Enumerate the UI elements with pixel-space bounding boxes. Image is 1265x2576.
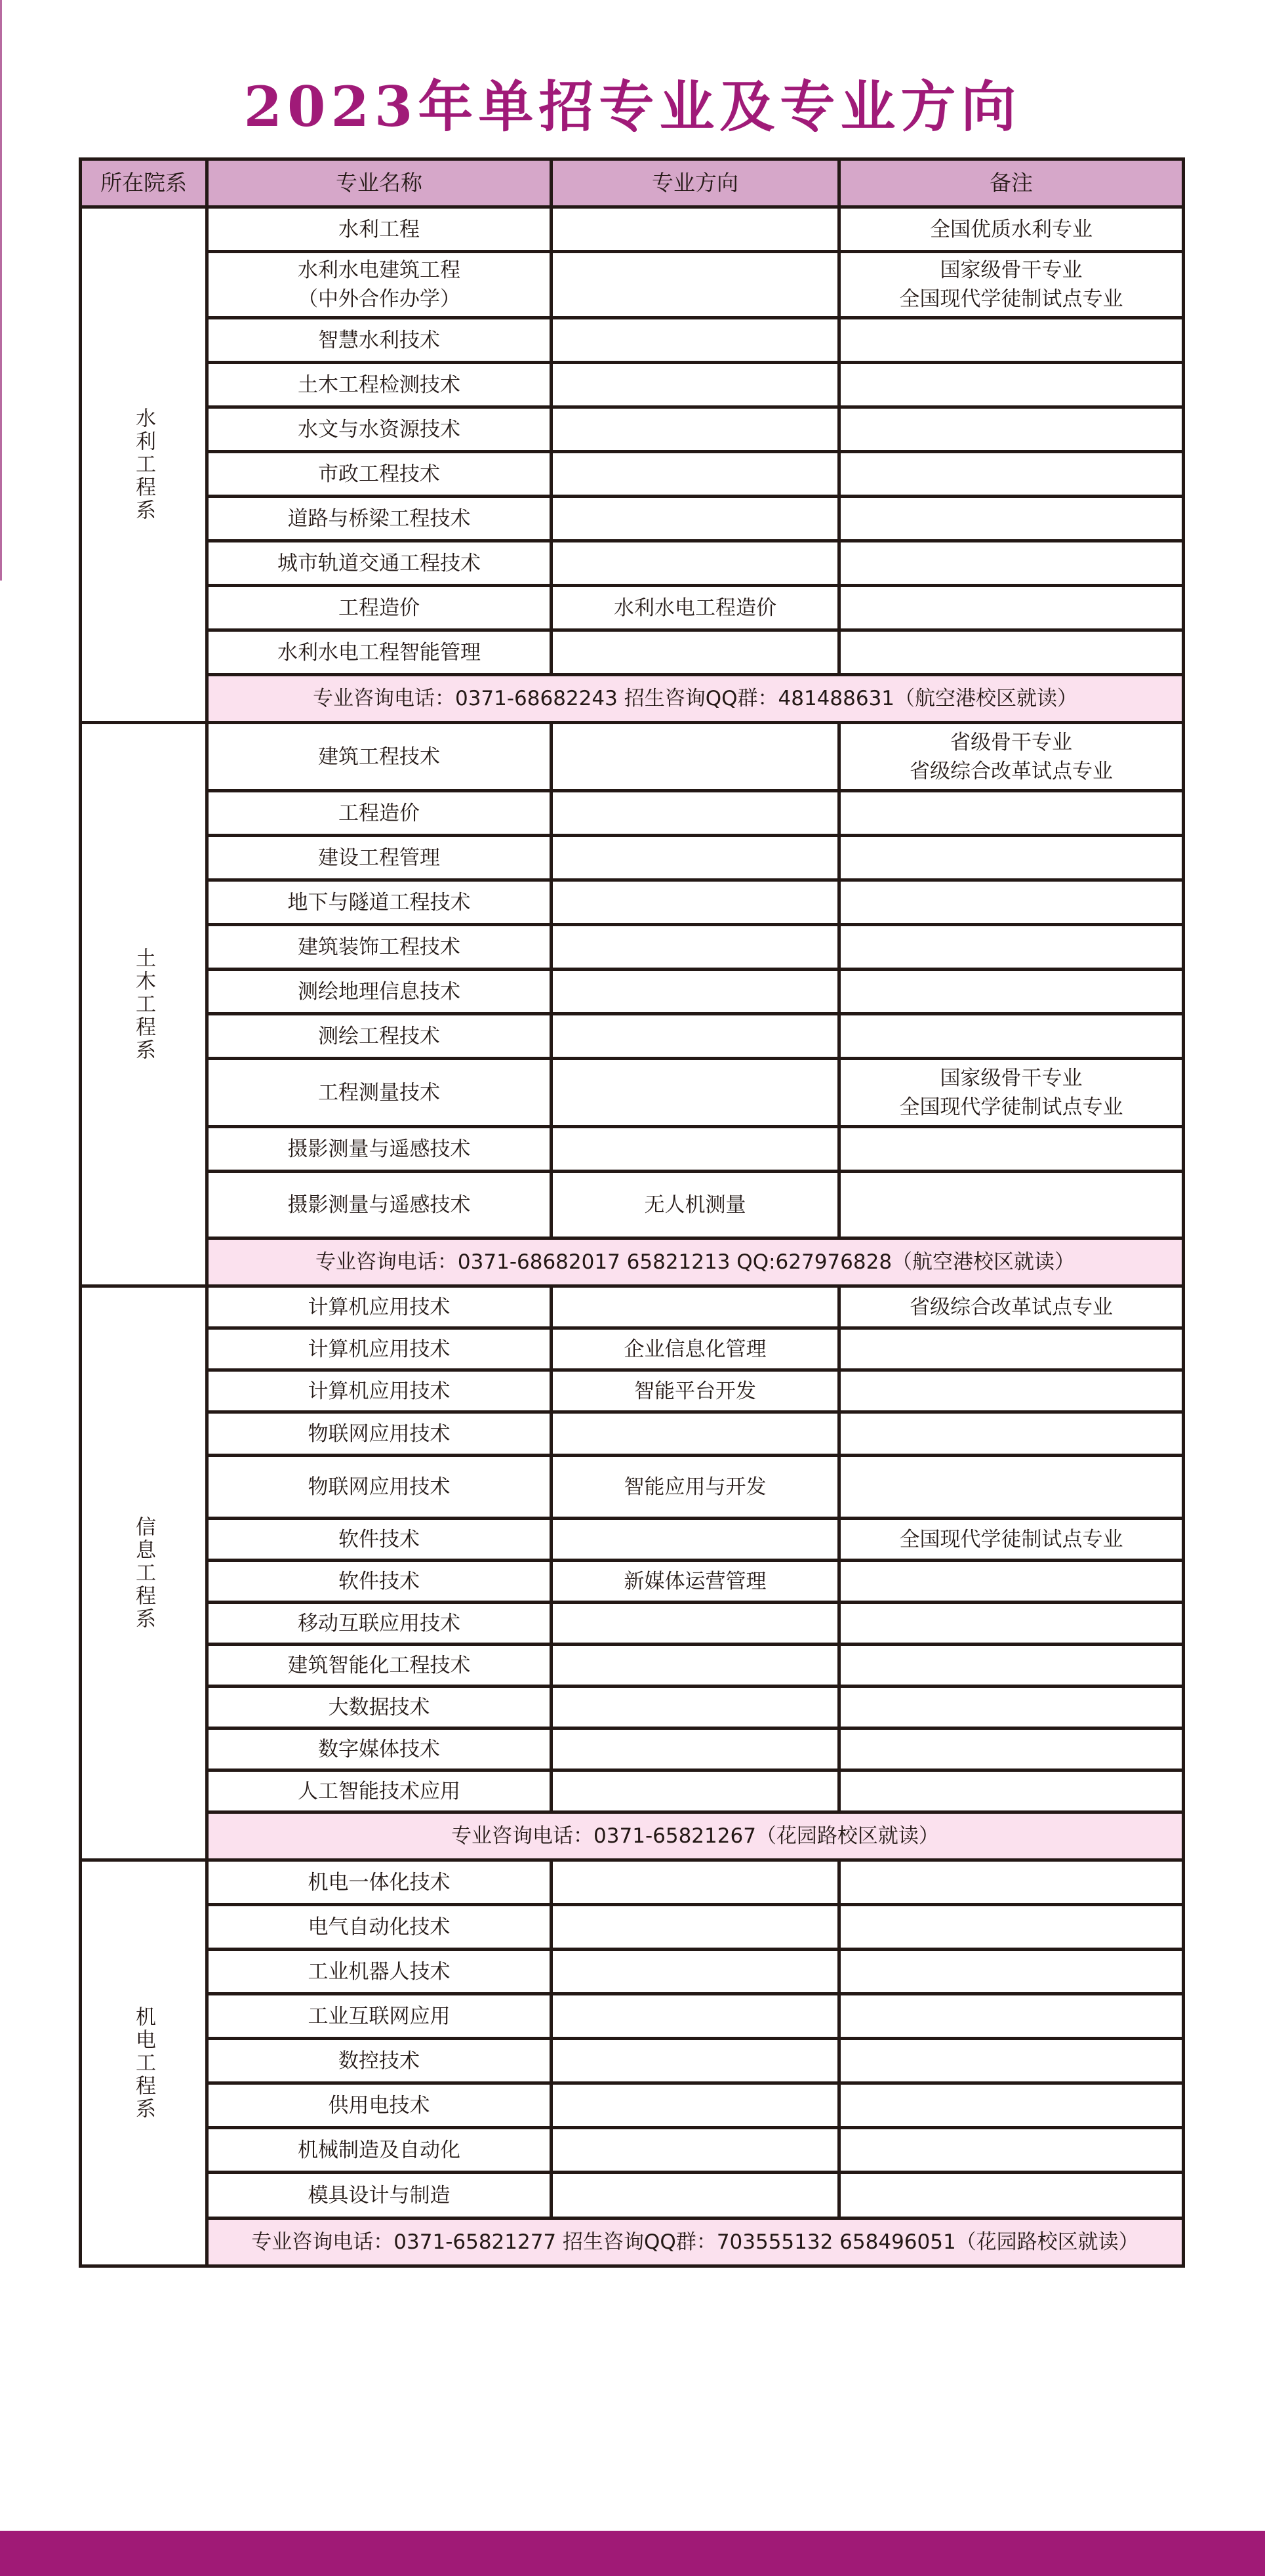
remark-line: 全国优质水利专业 (843, 215, 1179, 244)
remark-line: 省级骨干专业 (843, 728, 1179, 757)
remarks-cell (839, 630, 1184, 675)
remarks-cell (839, 318, 1184, 363)
major-direction-cell (552, 2039, 839, 2083)
major-name-cell: 水利水电工程智能管理 (207, 630, 552, 675)
table-row: 移动互联应用技术 (81, 1603, 1184, 1645)
major-direction-cell (552, 407, 839, 452)
remarks-cell (839, 2039, 1184, 2083)
remark-line: 国家级骨干专业 (843, 1064, 1179, 1093)
major-direction-cell (552, 880, 839, 925)
department-cell: 机电工程系 (81, 1860, 207, 2266)
contact-info: 专业咨询电话：0371-68682243 招生咨询QQ群：481488631（航… (207, 675, 1184, 723)
remarks-cell: 全国现代学徒制试点专业 (839, 1519, 1184, 1561)
table-row: 工程测量技术国家级骨干专业全国现代学徒制试点专业 (81, 1059, 1184, 1127)
table-row: 建设工程管理 (81, 836, 1184, 880)
major-direction-cell (552, 1687, 839, 1728)
table-row: 大数据技术 (81, 1687, 1184, 1728)
table-row: 建筑装饰工程技术 (81, 925, 1184, 970)
remarks-cell (839, 363, 1184, 407)
remark-line: 国家级骨干专业 (843, 256, 1179, 285)
major-direction-cell (552, 925, 839, 970)
remarks-cell (839, 1172, 1184, 1238)
table-row: 工业互联网应用 (81, 1994, 1184, 2039)
major-direction-cell (552, 1994, 839, 2039)
remark-line: 省级综合改革试点专业 (843, 757, 1179, 786)
contact-info: 专业咨询电话：0371-68682017 65821213 QQ:6279768… (207, 1238, 1184, 1286)
department-cell: 信息工程系 (81, 1286, 207, 1860)
table-row: 工业机器人技术 (81, 1950, 1184, 1994)
major-direction-cell (552, 2128, 839, 2173)
contact-row: 专业咨询电话：0371-68682243 招生咨询QQ群：481488631（航… (81, 675, 1184, 723)
major-name-cell: 智慧水利技术 (207, 318, 552, 363)
table-row: 水利水电工程智能管理 (81, 630, 1184, 675)
major-direction-cell (552, 1770, 839, 1812)
majors-table: 所在院系 专业名称 专业方向 备注 水利工程系水利工程全国优质水利专业水利水电建… (79, 157, 1185, 2268)
major-name-cell: 计算机应用技术 (207, 1328, 552, 1370)
major-name-cell: 道路与桥梁工程技术 (207, 497, 552, 541)
major-name-cell: 摄影测量与遥感技术 (207, 1127, 552, 1172)
table-row: 物联网应用技术 (81, 1412, 1184, 1456)
remarks-cell (839, 1994, 1184, 2039)
remark-line: 全国现代学徒制试点专业 (843, 285, 1179, 314)
department-cell: 土木工程系 (81, 723, 207, 1286)
major-name-cell: 水利工程 (207, 207, 552, 252)
table-row: 机电工程系机电一体化技术 (81, 1860, 1184, 1905)
header-major-direction: 专业方向 (552, 159, 839, 207)
major-name-cell: 测绘地理信息技术 (207, 970, 552, 1014)
major-direction-cell (552, 1014, 839, 1059)
table-row: 水利水电建筑工程 （中外合作办学）国家级骨干专业全国现代学徒制试点专业 (81, 252, 1184, 318)
header-remarks: 备注 (839, 159, 1184, 207)
major-name-cell: 物联网应用技术 (207, 1412, 552, 1456)
table-row: 智慧水利技术 (81, 318, 1184, 363)
contact-row: 专业咨询电话：0371-65821277 招生咨询QQ群：703555132 6… (81, 2218, 1184, 2266)
table-row: 摄影测量与遥感技术 (81, 1127, 1184, 1172)
remarks-cell (839, 586, 1184, 630)
remarks-cell (839, 541, 1184, 586)
remarks-cell (839, 1905, 1184, 1950)
table-row: 城市轨道交通工程技术 (81, 541, 1184, 586)
table-row: 摄影测量与遥感技术无人机测量 (81, 1172, 1184, 1238)
major-name-cell: 数控技术 (207, 2039, 552, 2083)
remarks-cell (839, 1561, 1184, 1603)
major-direction-cell (552, 363, 839, 407)
major-name-cell: 工业互联网应用 (207, 1994, 552, 2039)
table-row: 信息工程系计算机应用技术省级综合改革试点专业 (81, 1286, 1184, 1328)
major-name-cell: 计算机应用技术 (207, 1370, 552, 1412)
major-direction-cell (552, 791, 839, 836)
table-row: 道路与桥梁工程技术 (81, 497, 1184, 541)
table-row: 水利工程系水利工程全国优质水利专业 (81, 207, 1184, 252)
major-name-cell: 机械制造及自动化 (207, 2128, 552, 2173)
department-cell: 水利工程系 (81, 207, 207, 723)
table-row: 供用电技术 (81, 2083, 1184, 2128)
remarks-cell (839, 1412, 1184, 1456)
remarks-cell (839, 2083, 1184, 2128)
table-row: 软件技术新媒体运营管理 (81, 1561, 1184, 1603)
major-direction-cell (552, 1519, 839, 1561)
major-name-cell: 计算机应用技术 (207, 1286, 552, 1328)
major-direction-cell (552, 1905, 839, 1950)
major-name-cell: 地下与隧道工程技术 (207, 880, 552, 925)
remarks-cell (839, 452, 1184, 497)
major-name-cell: 测绘工程技术 (207, 1014, 552, 1059)
major-name-cell: 建筑智能化工程技术 (207, 1645, 552, 1687)
major-name-cell: 建设工程管理 (207, 836, 552, 880)
table-row: 地下与隧道工程技术 (81, 880, 1184, 925)
major-name-cell: 大数据技术 (207, 1687, 552, 1728)
major-direction-cell: 无人机测量 (552, 1172, 839, 1238)
page-title: 2023年单招专业及专业方向 (0, 71, 1265, 143)
table-row: 工程造价 (81, 791, 1184, 836)
table-row: 土木工程检测技术 (81, 363, 1184, 407)
major-direction-cell (552, 541, 839, 586)
major-name-cell: 土木工程检测技术 (207, 363, 552, 407)
major-name-cell: 城市轨道交通工程技术 (207, 541, 552, 586)
majors-table-body: 水利工程系水利工程全国优质水利专业水利水电建筑工程 （中外合作办学）国家级骨干专… (81, 207, 1184, 2266)
remarks-cell (839, 1645, 1184, 1687)
contact-row: 专业咨询电话：0371-65821267（花园路校区就读） (81, 1812, 1184, 1860)
major-direction-cell (552, 497, 839, 541)
major-name-cell: 建筑工程技术 (207, 723, 552, 791)
major-direction-cell (552, 1728, 839, 1770)
remarks-cell (839, 2173, 1184, 2218)
remarks-cell: 省级骨干专业省级综合改革试点专业 (839, 723, 1184, 791)
major-name-cell: 工程造价 (207, 586, 552, 630)
table-row: 人工智能技术应用 (81, 1770, 1184, 1812)
major-name-cell: 建筑装饰工程技术 (207, 925, 552, 970)
remarks-cell (839, 1687, 1184, 1728)
footer-band (0, 2531, 1265, 2576)
table-row: 土木工程系建筑工程技术省级骨干专业省级综合改革试点专业 (81, 723, 1184, 791)
remarks-cell (839, 1370, 1184, 1412)
major-name-cell: 摄影测量与遥感技术 (207, 1172, 552, 1238)
remarks-cell (839, 880, 1184, 925)
major-direction-cell (552, 2173, 839, 2218)
remarks-cell (839, 925, 1184, 970)
remarks-cell (839, 497, 1184, 541)
major-direction-cell: 智能平台开发 (552, 1370, 839, 1412)
major-direction-cell (552, 452, 839, 497)
major-name-cell: 物联网应用技术 (207, 1456, 552, 1519)
remarks-cell: 国家级骨干专业全国现代学徒制试点专业 (839, 252, 1184, 318)
remarks-cell (839, 1728, 1184, 1770)
remark-line: 全国现代学徒制试点专业 (843, 1093, 1179, 1122)
major-direction-cell (552, 630, 839, 675)
table-row: 数控技术 (81, 2039, 1184, 2083)
table-row: 软件技术全国现代学徒制试点专业 (81, 1519, 1184, 1561)
major-direction-cell (552, 1950, 839, 1994)
remarks-cell (839, 1860, 1184, 1905)
remarks-cell (839, 1950, 1184, 1994)
contact-info: 专业咨询电话：0371-65821267（花园路校区就读） (207, 1812, 1184, 1860)
table-row: 计算机应用技术企业信息化管理 (81, 1328, 1184, 1370)
table-row: 建筑智能化工程技术 (81, 1645, 1184, 1687)
major-direction-cell (552, 2083, 839, 2128)
remarks-cell (839, 836, 1184, 880)
remarks-cell (839, 791, 1184, 836)
major-direction-cell (552, 1286, 839, 1328)
major-direction-cell (552, 1127, 839, 1172)
major-direction-cell: 智能应用与开发 (552, 1456, 839, 1519)
major-direction-cell: 企业信息化管理 (552, 1328, 839, 1370)
remarks-cell (839, 1456, 1184, 1519)
remarks-cell (839, 1328, 1184, 1370)
table-row: 水文与水资源技术 (81, 407, 1184, 452)
table-row: 物联网应用技术智能应用与开发 (81, 1456, 1184, 1519)
major-direction-cell (552, 1645, 839, 1687)
remarks-cell: 全国优质水利专业 (839, 207, 1184, 252)
major-name-cell: 软件技术 (207, 1561, 552, 1603)
major-name-cell: 移动互联应用技术 (207, 1603, 552, 1645)
remarks-cell (839, 1770, 1184, 1812)
table-header-row: 所在院系 专业名称 专业方向 备注 (81, 159, 1184, 207)
table-row: 数字媒体技术 (81, 1728, 1184, 1770)
major-name-cell: 工业机器人技术 (207, 1950, 552, 1994)
contact-info: 专业咨询电话：0371-65821277 招生咨询QQ群：703555132 6… (207, 2218, 1184, 2266)
major-name-cell: 数字媒体技术 (207, 1728, 552, 1770)
table-row: 模具设计与制造 (81, 2173, 1184, 2218)
major-name-cell: 软件技术 (207, 1519, 552, 1561)
remarks-cell (839, 407, 1184, 452)
major-name-cell: 机电一体化技术 (207, 1860, 552, 1905)
table-row: 市政工程技术 (81, 452, 1184, 497)
major-name-cell: 工程造价 (207, 791, 552, 836)
remarks-cell (839, 1127, 1184, 1172)
major-name-cell: 工程测量技术 (207, 1059, 552, 1127)
major-name-cell: 模具设计与制造 (207, 2173, 552, 2218)
major-name-cell: 水利水电建筑工程 （中外合作办学） (207, 252, 552, 318)
table-row: 机械制造及自动化 (81, 2128, 1184, 2173)
major-direction-cell: 新媒体运营管理 (552, 1561, 839, 1603)
remarks-cell: 国家级骨干专业全国现代学徒制试点专业 (839, 1059, 1184, 1127)
contact-row: 专业咨询电话：0371-68682017 65821213 QQ:6279768… (81, 1238, 1184, 1286)
major-name-cell: 人工智能技术应用 (207, 1770, 552, 1812)
table-row: 电气自动化技术 (81, 1905, 1184, 1950)
major-direction-cell (552, 1603, 839, 1645)
major-direction-cell (552, 1059, 839, 1127)
major-direction-cell (552, 970, 839, 1014)
major-direction-cell (552, 836, 839, 880)
remark-line: 省级综合改革试点专业 (843, 1293, 1179, 1322)
header-major-name: 专业名称 (207, 159, 552, 207)
major-direction-cell (552, 252, 839, 318)
remarks-cell (839, 2128, 1184, 2173)
header-department: 所在院系 (81, 159, 207, 207)
major-name-cell: 市政工程技术 (207, 452, 552, 497)
major-direction-cell (552, 723, 839, 791)
table-row: 计算机应用技术智能平台开发 (81, 1370, 1184, 1412)
major-direction-cell (552, 1412, 839, 1456)
remarks-cell (839, 1014, 1184, 1059)
remarks-cell (839, 970, 1184, 1014)
table-row: 测绘工程技术 (81, 1014, 1184, 1059)
major-name-cell: 电气自动化技术 (207, 1905, 552, 1950)
major-direction-cell (552, 318, 839, 363)
remark-line: 全国现代学徒制试点专业 (843, 1525, 1179, 1554)
major-name-cell: 水文与水资源技术 (207, 407, 552, 452)
remarks-cell: 省级综合改革试点专业 (839, 1286, 1184, 1328)
major-direction-cell (552, 1860, 839, 1905)
major-name-cell: 供用电技术 (207, 2083, 552, 2128)
major-direction-cell (552, 207, 839, 252)
major-direction-cell: 水利水电工程造价 (552, 586, 839, 630)
remarks-cell (839, 1603, 1184, 1645)
table-row: 测绘地理信息技术 (81, 970, 1184, 1014)
table-row: 工程造价水利水电工程造价 (81, 586, 1184, 630)
